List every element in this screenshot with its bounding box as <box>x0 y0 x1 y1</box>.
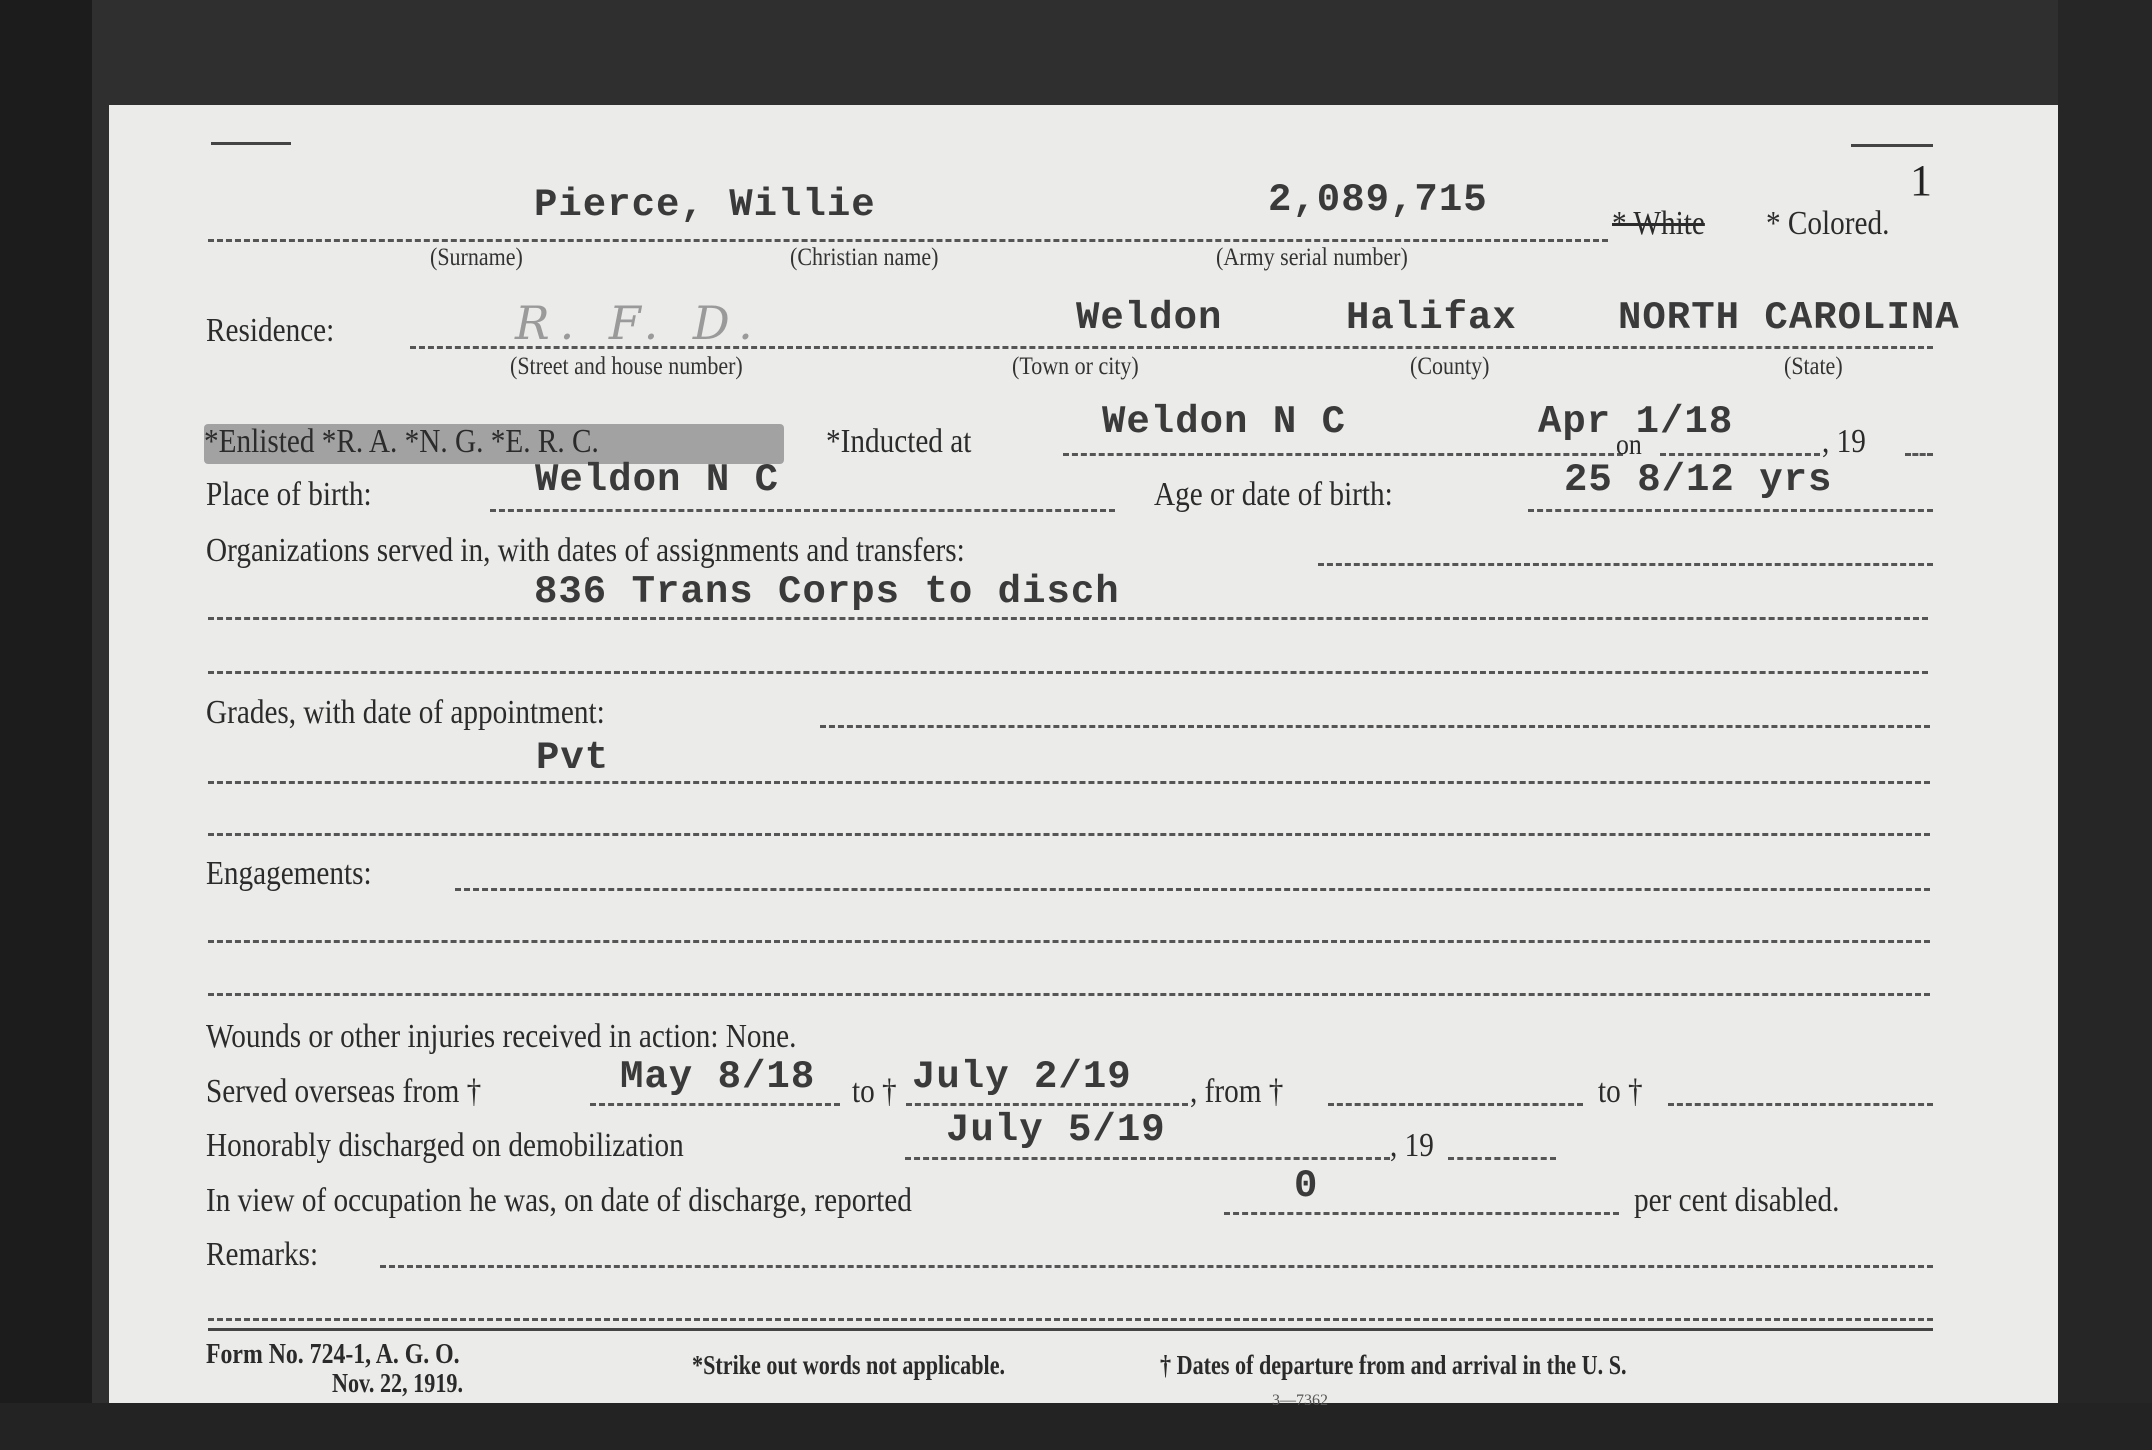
residence-town-value: Weldon <box>1076 296 1222 340</box>
overseas-from2-label: , from † <box>1190 1073 1283 1111</box>
surname-caption: (Surname) <box>430 244 523 272</box>
residence-line <box>410 346 1933 349</box>
discharge-line <box>905 1157 1390 1160</box>
place-of-birth-label: Place of birth: <box>206 476 372 514</box>
engagements-line-2 <box>208 940 1930 943</box>
scan-border-right <box>2058 0 2152 1450</box>
residence-state-value: NORTH CAROLINA <box>1618 296 1960 340</box>
overseas-from-label: Served overseas from † <box>206 1073 481 1111</box>
organizations-line-1 <box>208 617 1928 620</box>
card-number: 1 <box>1910 155 1932 206</box>
grades-label: Grades, with date of appointment: <box>206 694 605 732</box>
remarks-label: Remarks: <box>206 1236 318 1274</box>
top-left-rule <box>211 142 291 145</box>
wounds-label: Wounds or other injuries received in act… <box>206 1018 796 1056</box>
discharge-date-value: July 5/19 <box>946 1108 1166 1152</box>
inducted-line <box>1063 453 1623 456</box>
disability-suffix: per cent disabled. <box>1634 1182 1839 1220</box>
organizations-line-2 <box>208 671 1928 674</box>
induction-date-line <box>1660 453 1820 456</box>
disability-value: 0 <box>1294 1164 1318 1208</box>
form-number: Form No. 724-1, A. G. O. <box>206 1338 460 1371</box>
induction-on-label: on <box>1616 428 1642 462</box>
remarks-line-2 <box>208 1318 1933 1321</box>
note-strike-out: *Strike out words not applicable. <box>692 1350 1005 1381</box>
name-line <box>208 239 1608 242</box>
organizations-value: 836 Trans Corps to disch <box>534 570 1120 614</box>
residence-label: Residence: <box>206 312 334 350</box>
serial-number-caption: (Army serial number) <box>1216 244 1408 272</box>
residence-county-value: Halifax <box>1346 296 1517 340</box>
scan-border-bottom <box>0 1403 2152 1450</box>
discharge-year-label: , 19 <box>1390 1127 1434 1165</box>
race-colored-label: * Colored. <box>1766 205 1889 243</box>
overseas-from-line <box>590 1103 840 1106</box>
overseas-to-label: to † <box>852 1073 897 1111</box>
discharge-year-line <box>1448 1157 1556 1160</box>
engagements-line-3 <box>208 993 1930 996</box>
enlistment-options-label: *Enlisted *R. A. *N. G. *E. R. C. <box>204 423 599 461</box>
race-white-label: * White <box>1612 205 1705 242</box>
grades-label-line <box>820 725 1930 728</box>
serial-number-value: 2,089,715 <box>1268 178 1488 222</box>
scan-border-left <box>0 0 92 1450</box>
induction-year-line <box>1905 453 1933 456</box>
residence-street-value: R. F. D. <box>515 296 763 350</box>
form-date: Nov. 22, 1919. <box>332 1368 463 1399</box>
street-caption: (Street and house number) <box>510 353 743 381</box>
discharge-label: Honorably discharged on demobilization <box>206 1127 684 1165</box>
overseas-from2-line <box>1328 1103 1583 1106</box>
place-of-birth-line <box>490 509 1115 512</box>
race-white-option: * White <box>1612 205 1705 243</box>
age-value: 25 8/12 yrs <box>1564 458 1832 502</box>
disability-label: In view of occupation he was, on date of… <box>206 1182 912 1220</box>
inducted-place-value: Weldon N C <box>1102 400 1346 444</box>
overseas-to2-label: to † <box>1598 1073 1643 1111</box>
place-of-birth-value: Weldon N C <box>535 458 779 502</box>
state-caption: (State) <box>1784 353 1843 381</box>
induction-year-label: , 19 <box>1822 423 1866 461</box>
town-caption: (Town or city) <box>1012 353 1139 381</box>
overseas-to-value: July 2/19 <box>912 1055 1132 1099</box>
note-dates: † Dates of departure from and arrival in… <box>1160 1350 1627 1381</box>
grades-value: Pvt <box>536 736 609 780</box>
top-right-rule <box>1851 144 1933 147</box>
overseas-to2-line <box>1668 1103 1933 1106</box>
footer-rule <box>208 1328 1933 1331</box>
age-label: Age or date of birth: <box>1154 476 1393 514</box>
grades-line-2 <box>208 833 1930 836</box>
name-value: Pierce, Willie <box>534 183 876 227</box>
engagements-label: Engagements: <box>206 855 372 893</box>
county-caption: (County) <box>1410 353 1489 381</box>
age-line <box>1528 509 1933 512</box>
print-code: 3—7362 <box>1272 1392 1328 1410</box>
christian-name-caption: (Christian name) <box>790 244 938 272</box>
remarks-line-1 <box>380 1265 1933 1268</box>
disability-line <box>1224 1212 1619 1215</box>
overseas-from-value: May 8/18 <box>620 1055 815 1099</box>
inducted-at-label: *Inducted at <box>826 423 971 461</box>
organizations-label: Organizations served in, with dates of a… <box>206 532 965 570</box>
organizations-label-line <box>1318 563 1933 566</box>
engagements-line-1 <box>455 888 1930 891</box>
grades-line-1 <box>208 781 1930 784</box>
overseas-to-line <box>906 1103 1188 1106</box>
